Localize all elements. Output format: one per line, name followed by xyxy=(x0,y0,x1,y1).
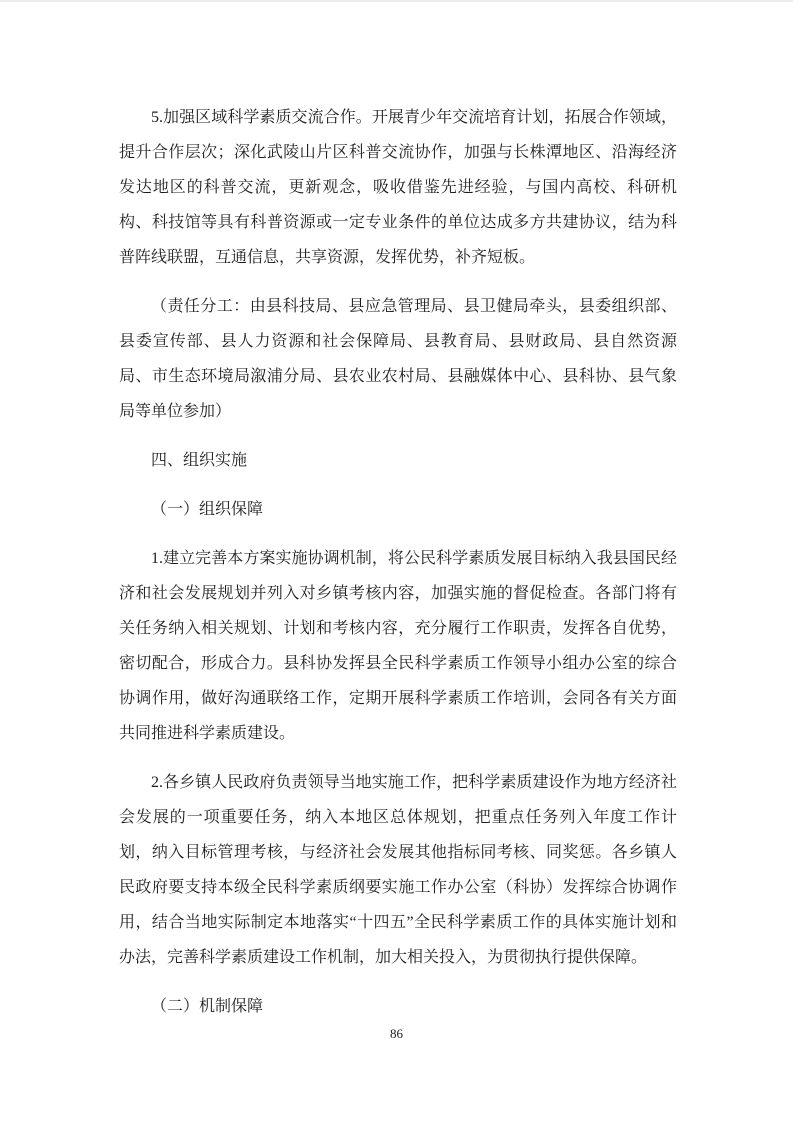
paragraph-township-governments: 2.各乡镇人民政府负责领导当地实施工作，把科学素质建设作为地方经济社会发展的一项… xyxy=(119,765,677,975)
page-number: 86 xyxy=(0,1026,793,1042)
heading-section-four-implementation: 四、组织实施 xyxy=(119,443,677,478)
page-top-edge xyxy=(0,0,793,2)
paragraph-coordination-mechanism: 1.建立完善本方案实施协调机制，将公民科学素质发展目标纳入我县国民经济和社会发展… xyxy=(119,541,677,751)
paragraph-responsibility-division: （责任分工：由县科技局、县应急管理局、县卫健局牵头，县委组织部、县委宣传部、县人… xyxy=(119,289,677,429)
heading-mechanism-guarantee: （二）机制保障 xyxy=(119,989,677,1024)
paragraph-regional-cooperation: 5.加强区域科学素质交流合作。开展青少年交流培育计划，拓展合作领域，提升合作层次… xyxy=(119,100,677,275)
heading-organizational-guarantee: （一）组织保障 xyxy=(119,492,677,527)
document-page-body: 5.加强区域科学素质交流合作。开展青少年交流培育计划，拓展合作领域，提升合作层次… xyxy=(119,100,677,1038)
